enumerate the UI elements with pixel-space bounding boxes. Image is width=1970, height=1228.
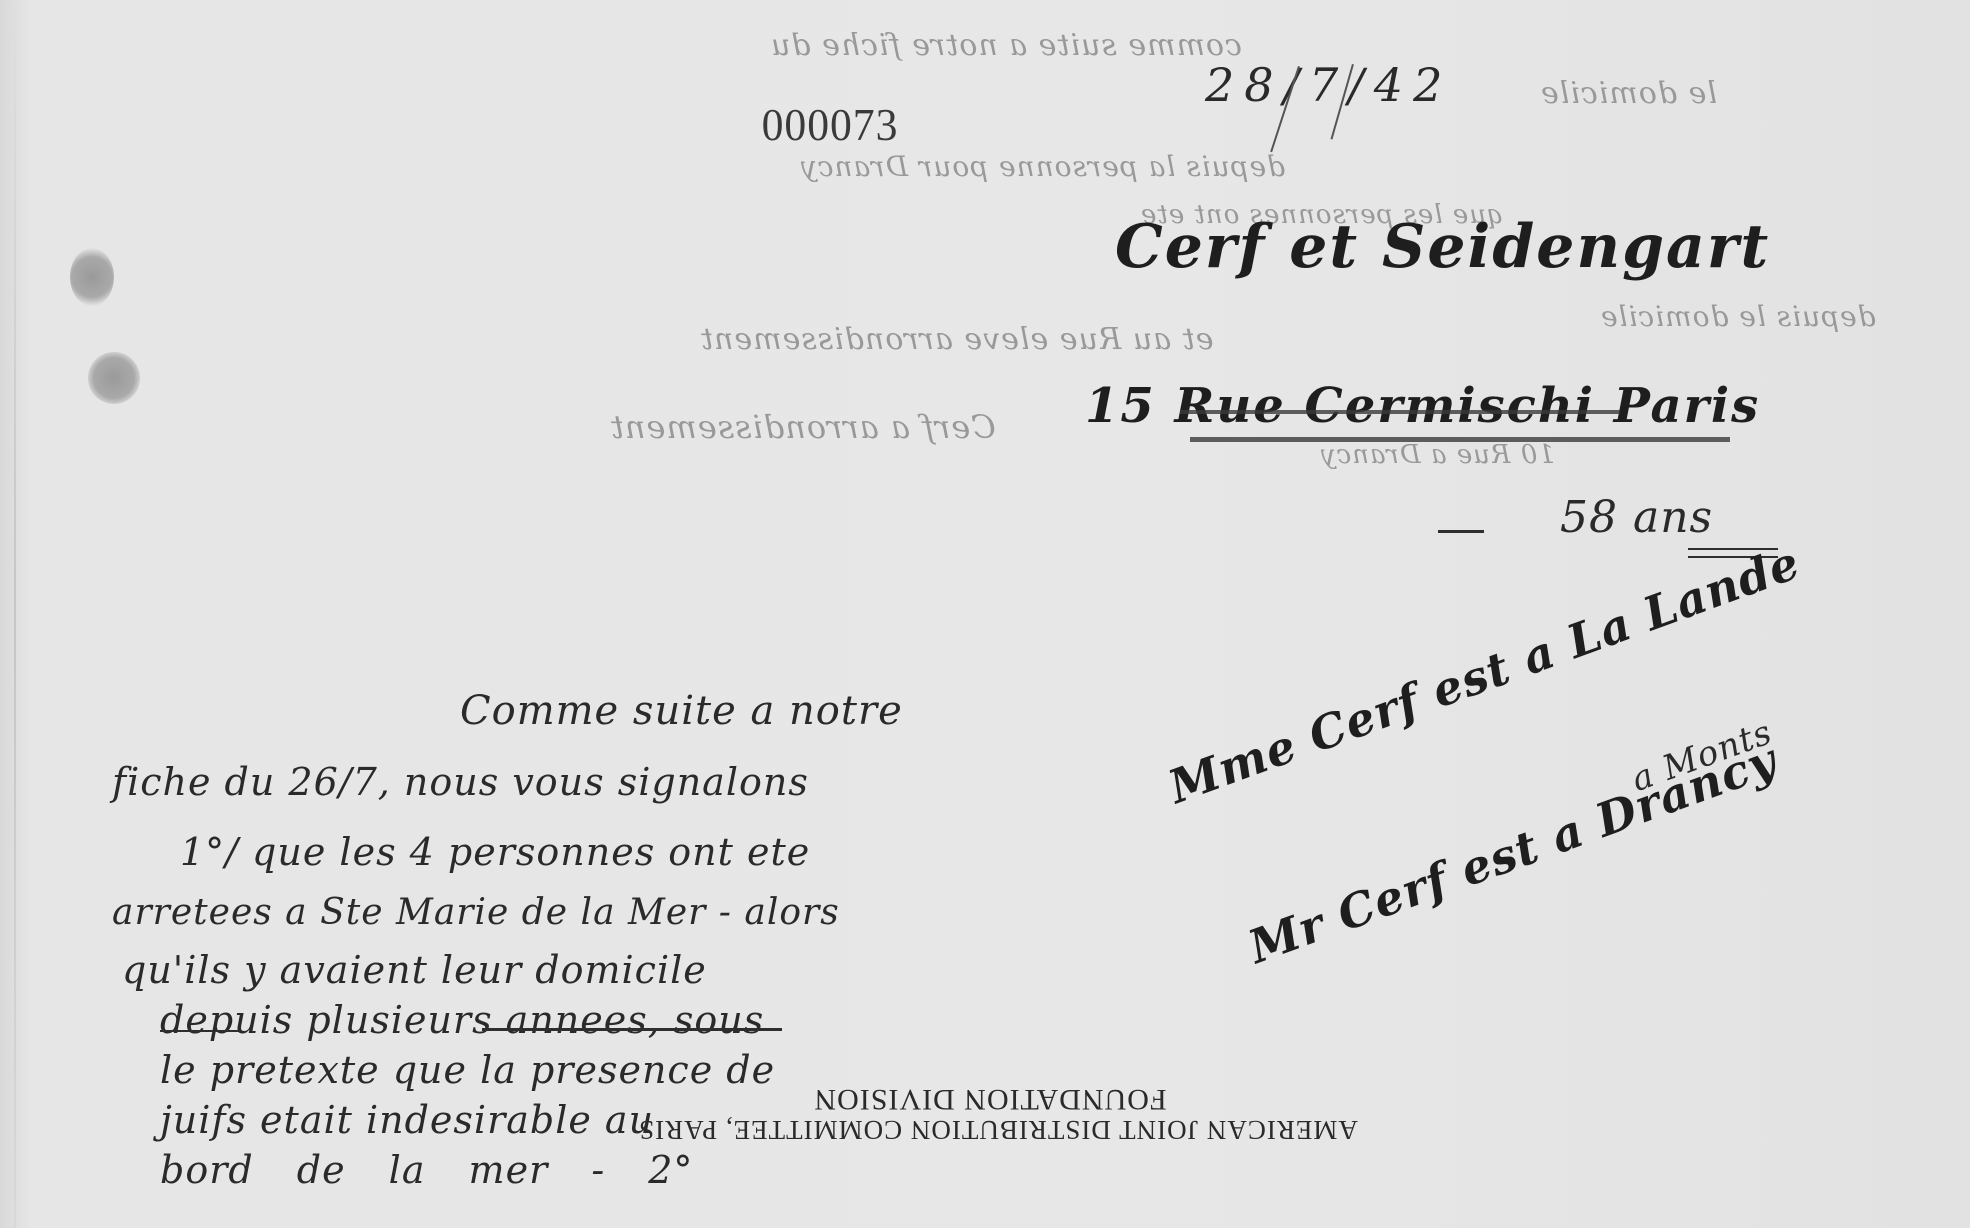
- bleed-text-line: et au Rue eleve arrondissement: [700, 322, 1214, 357]
- page-edge-shadow: [14, 0, 16, 1228]
- punch-hole-bottom: [88, 352, 140, 404]
- letterhead-division: FOUNDATION DIVISION: [740, 1082, 1240, 1116]
- side-note-line: Mr Cerf est a Drancy: [1242, 733, 1784, 974]
- body-line: bord de la mer - 2°: [160, 1148, 693, 1192]
- body-line: le pretexte que la presence de: [160, 1048, 775, 1092]
- body-line: fiche du 26/7, nous vous signalons: [112, 760, 809, 804]
- bleed-text-line: Cerf a arrondissement: [610, 408, 996, 446]
- bleed-text-line: le domicile: [1540, 76, 1717, 111]
- header-names: Cerf et Seidengart: [1115, 212, 1770, 282]
- document-page: comme suite a notre fiche du le domicile…: [0, 0, 1970, 1228]
- age-dash: [1438, 530, 1484, 533]
- body-line: Comme suite a notre: [460, 688, 903, 734]
- age-note: 58 ans: [1560, 492, 1713, 543]
- bleed-text-line: depuis le domicile: [1600, 300, 1876, 333]
- punch-hole-top: [70, 248, 114, 306]
- emphasis-underline: [160, 1030, 240, 1032]
- bleed-text-line: 10 Rue a Drancy: [1320, 440, 1555, 470]
- body-line: depuis plusieurs annees, sous: [160, 998, 764, 1042]
- address-underline: [1190, 437, 1730, 442]
- body-line: arretees a Ste Marie de la Mer - alors: [112, 892, 840, 933]
- body-line: qu'ils y avaient leur domicile: [122, 948, 707, 992]
- archive-stamp-number: 000073: [762, 98, 899, 151]
- letterhead-organization: AMERICAN JOINT DISTRIBUTION COMMITTEE, P…: [548, 1114, 1448, 1145]
- bleed-text-line: depuis la personne pour Drancy: [800, 150, 1285, 183]
- address-line: 15 Rue Cermischi Paris: [1085, 378, 1760, 434]
- emphasis-underline: [482, 1028, 782, 1031]
- document-date: 28/7/42: [1205, 58, 1452, 112]
- address-strikethrough: [1180, 410, 1620, 414]
- body-line: 1°/ que les 4 personnes ont ete: [180, 830, 810, 874]
- bleed-text-line: comme suite a notre fiche du: [770, 28, 1242, 63]
